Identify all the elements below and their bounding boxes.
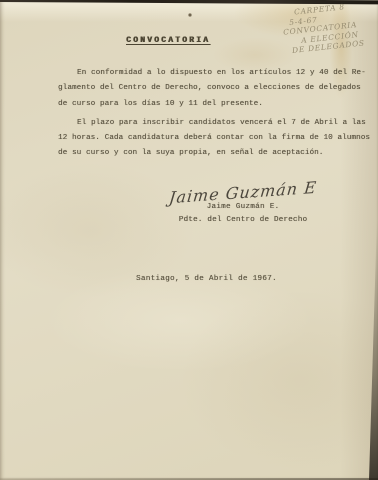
- paper-right-edge-shadow: [369, 220, 378, 480]
- body-line: de curso para los días 10 y 11 del prese…: [58, 100, 263, 108]
- paragraph-convocation: En conformidad a lo dispuesto en los art…: [58, 66, 354, 112]
- body-line: glamento del Centro de Derecho, convoco …: [58, 84, 361, 92]
- body-line: 12 horas. Cada candidatura deberá contar…: [58, 134, 370, 142]
- signature-block: Jaime Guzmán E Jaime Guzmán E. Pdte. del…: [168, 183, 318, 224]
- letter-body: En conformidad a lo dispuesto en los art…: [58, 66, 354, 162]
- dateline: Santiago, 5 de Abril de 1967.: [136, 275, 277, 283]
- paragraph-deadline: El plazo para inscribir candidatos vence…: [58, 116, 354, 162]
- signer-typed-role: Pdte. del Centro de Derecho: [168, 216, 318, 224]
- body-line: El plazo para inscribir candidatos vence…: [58, 119, 366, 127]
- body-line: de su curso y con la suya propia, en señ…: [58, 149, 323, 157]
- body-line: En conformidad a lo dispuesto en los art…: [58, 69, 366, 77]
- pencil-annotation: CARPETA 8 5-4-67 CONVOCATORIA A ELECCIÓN…: [281, 0, 377, 56]
- document-title: CONVOCATORIA: [126, 36, 210, 45]
- scanned-letter-page: CARPETA 8 5-4-67 CONVOCATORIA A ELECCIÓN…: [0, 0, 378, 480]
